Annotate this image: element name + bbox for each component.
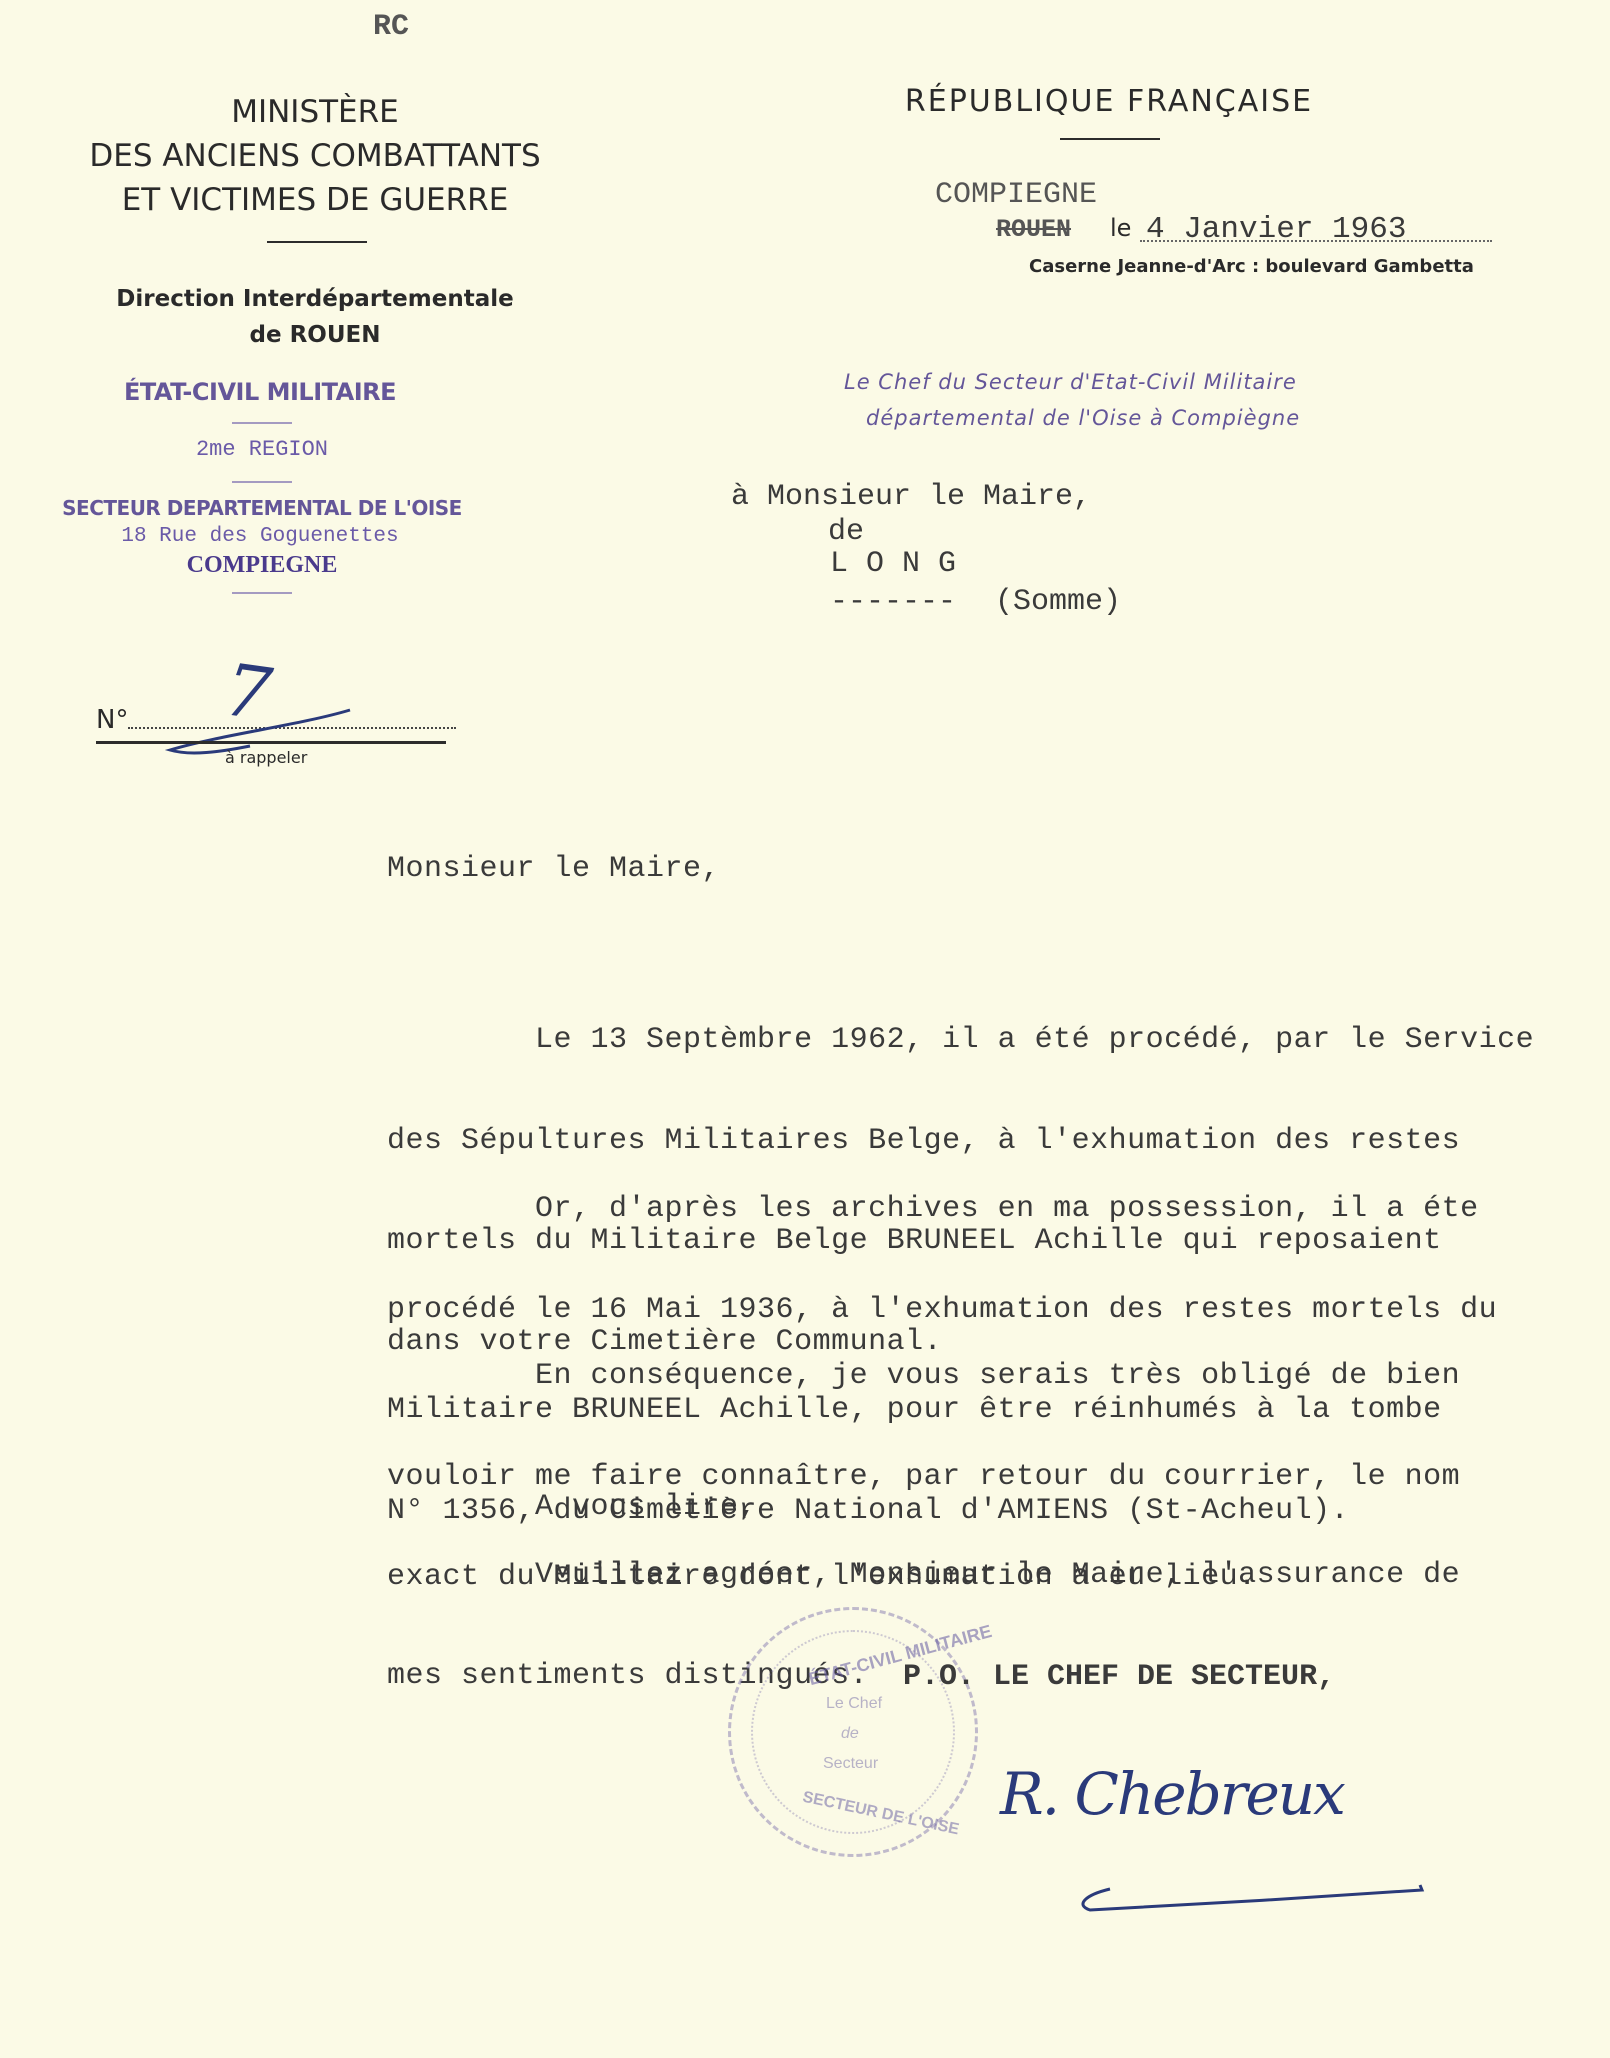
recipient-department: (Somme) xyxy=(995,585,1121,619)
round-stamp-line-3: Secteur xyxy=(823,1755,878,1773)
number-rule xyxy=(96,741,446,744)
sender-stamp-line-1: Le Chef du Secteur d'Etat-Civil Militair… xyxy=(844,370,1297,394)
ministry-line-1: MINISTÈRE xyxy=(231,94,399,130)
stamp-ornament xyxy=(232,481,292,483)
city-typed: COMPIEGNE xyxy=(935,178,1097,212)
date-prefix: le xyxy=(1110,214,1131,242)
stamp-secteur: SECTEUR DEPARTEMENTAL DE L'OISE xyxy=(62,496,462,520)
recipient-line-2: de xyxy=(828,515,864,549)
paragraph-line: Veuillez agréer, Monsieur le Maire, l'as… xyxy=(387,1559,1607,1593)
stamp-address: 18 Rue des Goguenettes xyxy=(121,525,398,548)
recipient-dash: ------- xyxy=(830,585,956,619)
recipient-line-3: L O N G xyxy=(830,547,956,581)
city-printed-struck: ROUEN xyxy=(996,215,1071,244)
paragraph-line: Or, d'après les archives en ma possessio… xyxy=(387,1193,1607,1227)
paragraph-line: Le 13 Septèmbre 1962, il a été procédé, … xyxy=(387,1024,1607,1058)
reference-code: RC xyxy=(373,10,409,44)
sender-stamp-line-2: départemental de l'Oise à Compiègne xyxy=(866,406,1300,430)
ministry-line-2: DES ANCIENS COMBATTANTS xyxy=(89,138,540,174)
handwritten-signature: R. Chebreux xyxy=(1000,1760,1344,1828)
direction-line-2: de ROUEN xyxy=(250,322,381,348)
stamp-region: 2me REGION xyxy=(196,437,328,462)
republic-divider xyxy=(1060,138,1160,140)
recipient-line-1: à Monsieur le Maire, xyxy=(731,480,1091,514)
number-label: N° xyxy=(96,705,128,735)
direction-line-1: Direction Interdépartementale xyxy=(116,286,513,312)
stamp-ornament xyxy=(232,422,292,424)
paragraph-line: En conséquence, je vous serais très obli… xyxy=(387,1360,1607,1394)
stamp-ornament xyxy=(232,592,292,594)
number-note: à rappeler xyxy=(225,748,307,767)
signature-underline-stroke xyxy=(1070,1865,1430,1925)
ministry-line-3: ET VICTIMES DE GUERRE xyxy=(122,182,509,218)
signatory-title: P.O. LE CHEF DE SECTEUR, xyxy=(903,1660,1335,1694)
sender-address: Caserne Jeanne-d'Arc : boulevard Gambett… xyxy=(1029,256,1474,277)
republic-title: RÉPUBLIQUE FRANÇAISE xyxy=(905,84,1313,119)
round-stamp-line-1: Le Chef xyxy=(826,1695,882,1713)
salutation: Monsieur le Maire, xyxy=(387,853,720,887)
stamp-city: COMPIEGNE xyxy=(187,552,338,579)
stamp-etat-civil: ÉTAT-CIVIL MILITAIRE xyxy=(124,378,396,406)
ministry-divider xyxy=(267,241,367,243)
letter-date: 4 Janvier 1963 xyxy=(1146,212,1406,247)
round-stamp-line-2: de xyxy=(841,1725,859,1743)
round-official-stamp: ÉTAT-CIVIL MILITAIRE Le Chef de Secteur … xyxy=(728,1607,978,1857)
